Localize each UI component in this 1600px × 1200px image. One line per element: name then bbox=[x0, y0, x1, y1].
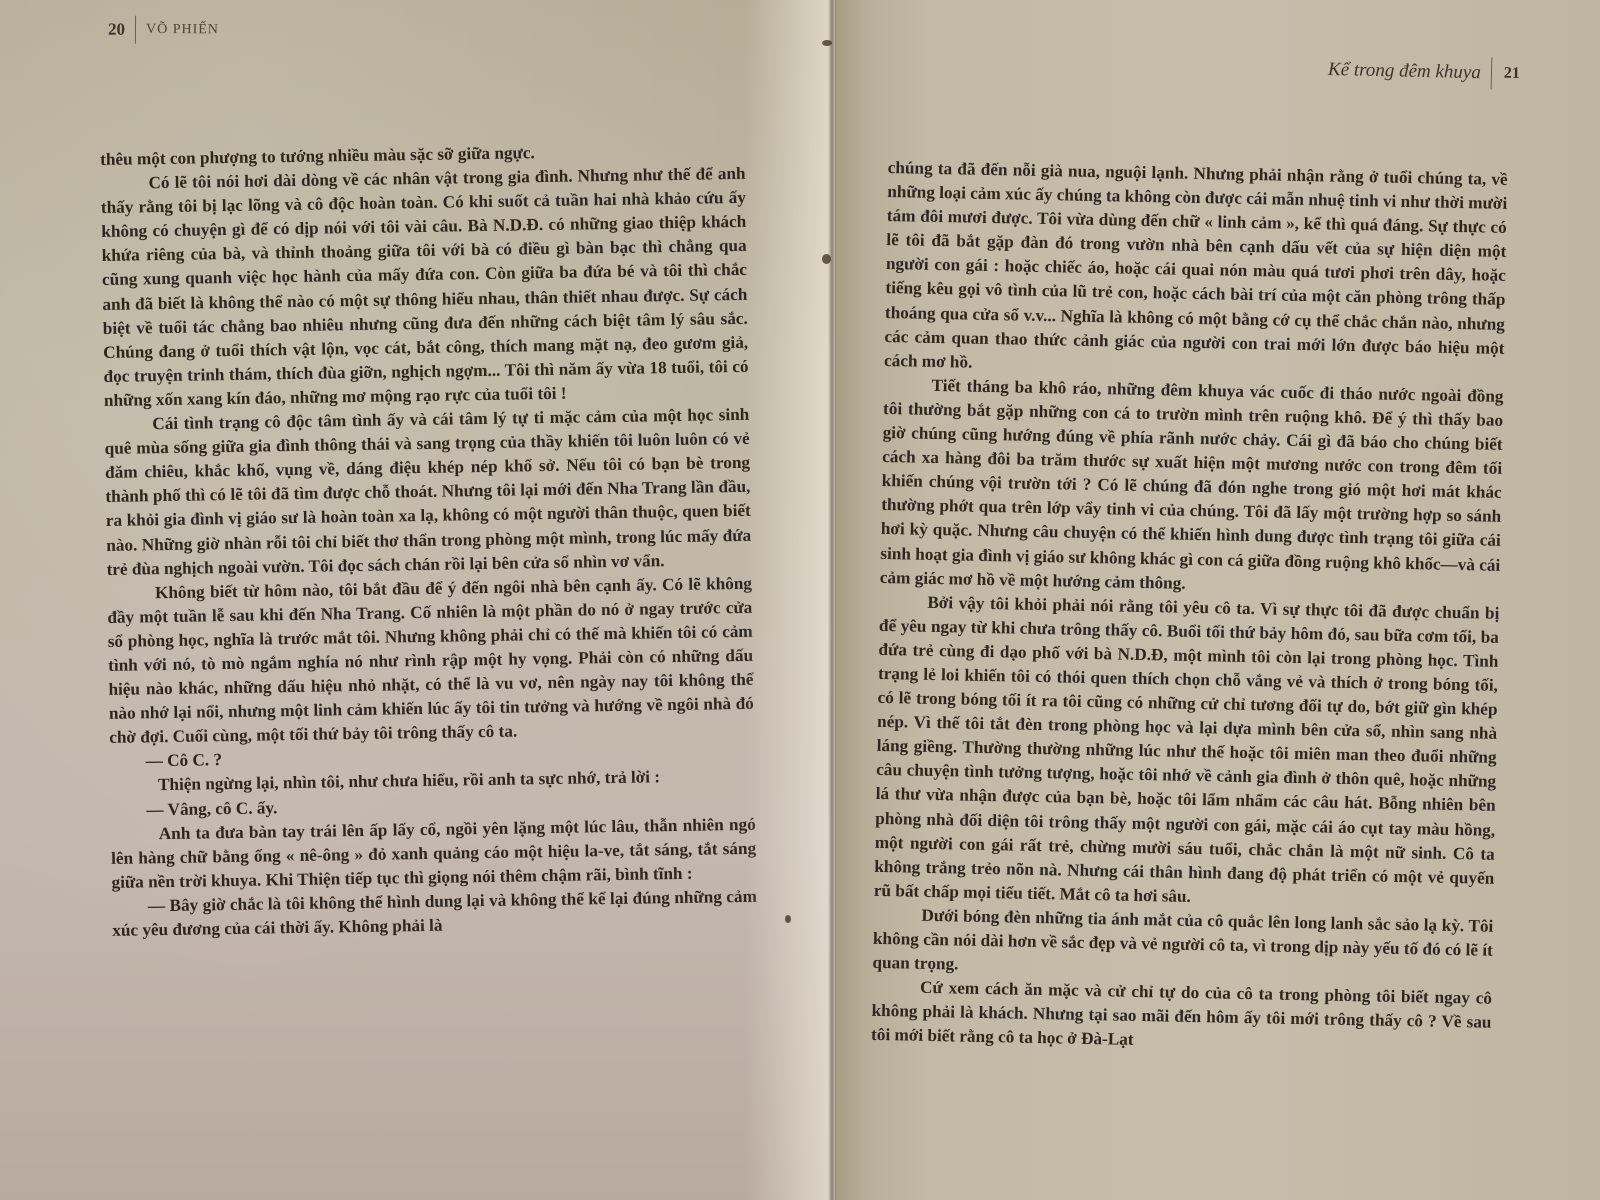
paragraph: Có lẽ tôi nói hơi dài dòng về các nhân v… bbox=[100, 162, 749, 413]
left-page-number: 20 bbox=[108, 16, 136, 44]
left-page-body: thêu một con phượng to tướng nhiều màu s… bbox=[100, 138, 757, 943]
paragraph: Bởi vậy tôi khỏi phải nói rằng tôi yêu c… bbox=[874, 590, 1500, 915]
paragraph: Tiết tháng ba khô ráo, những đêm khuya v… bbox=[880, 373, 1504, 602]
open-book-spread: 20 VÕ PHIẾN thêu một con phượng to tướng… bbox=[0, 0, 1600, 1200]
left-running-head: 20 VÕ PHIẾN bbox=[108, 16, 219, 45]
book-spine-gutter bbox=[828, 0, 836, 1200]
paragraph: — Bây giờ chắc là tôi không thể hình dun… bbox=[112, 885, 758, 943]
chapter-title: Kể trong đêm khuya bbox=[1328, 54, 1492, 89]
paragraph: Cứ xem cách ăn mặc và cử chỉ tự do của c… bbox=[871, 975, 1492, 1059]
left-page: 20 VÕ PHIẾN thêu một con phượng to tướng… bbox=[0, 0, 835, 1200]
spine-stain bbox=[822, 40, 832, 46]
paragraph: Dưới bóng đèn những tia ánh mắt của cô q… bbox=[872, 903, 1493, 987]
paragraph: Cái tình trạng cô độc tâm tình ấy và cái… bbox=[104, 403, 752, 582]
spine-stain bbox=[822, 254, 831, 264]
right-running-head: Kể trong đêm khuya 21 bbox=[1328, 54, 1520, 90]
right-page-body: chúng ta đã đến nỗi già nua, nguội lạnh.… bbox=[871, 156, 1508, 1059]
author-name: VÕ PHIẾN bbox=[136, 22, 219, 39]
paragraph: Anh ta đưa bàn tay trái lên ấp lấy cổ, n… bbox=[111, 812, 757, 894]
spine-stain bbox=[785, 915, 791, 923]
paragraph: Không biết từ hôm nào, tôi bắt đầu để ý … bbox=[107, 572, 755, 751]
right-page-number: 21 bbox=[1492, 64, 1520, 83]
paragraph: chúng ta đã đến nỗi già nua, nguội lạnh.… bbox=[884, 156, 1508, 385]
